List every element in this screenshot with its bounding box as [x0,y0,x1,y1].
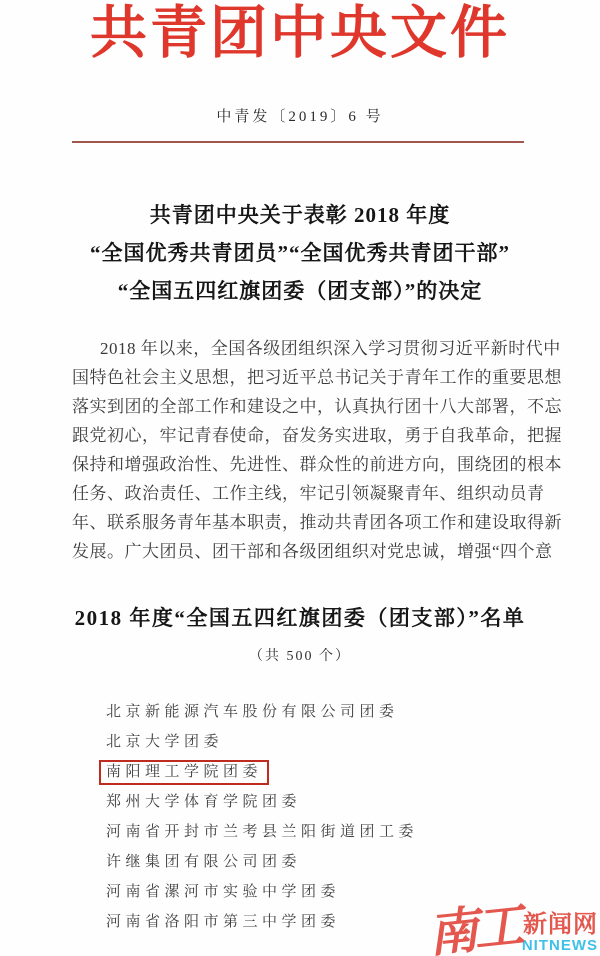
document-masthead-title: 共青团中央文件 [0,0,600,72]
watermark-script-text: 南工 [425,899,522,956]
decision-title-line-1: 共青团中央关于表彰 2018 年度 [30,196,570,234]
decision-title-line-3: “全国五四红旗团委（团支部）”的决定 [30,272,570,310]
roster-title: 2018 年度“全国五四红旗团委（团支部）”名单 [0,602,600,632]
body-line: 发展。广大团员、团干部和各级团组织对党忠诚，增强“四个意 [72,537,528,566]
body-line: 跟党初心，牢记青春使命，奋发务实进取，勇于自我革命，把握 [72,421,528,450]
highlight-box: 南阳理工学院团委 [99,760,269,785]
decision-body-paragraph: 2018 年以来，全国各级团组织深入学习贯彻习近平新时代中 国特色社会主义思想，… [72,334,528,566]
list-item: 北京大学团委 [106,727,546,757]
decision-title-line-2: “全国优秀共青团员”“全国优秀共青团干部” [30,234,570,272]
list-item-highlighted: 南阳理工学院团委 [106,757,546,787]
document-number: 中青发〔2019〕6 号 [0,105,600,126]
body-line: 任务、政治责任、工作主线，牢记引领凝聚青年、组织动员青 [72,479,528,508]
watermark-text-block: 新闻网 NITNEWS [522,912,598,956]
red-divider-line [72,141,524,143]
watermark-logo: 南工 新闻网 NITNEWS [428,904,598,956]
body-line: 年、联系服务青年基本职责，推动共青团各项工作和建设取得新 [72,508,528,537]
watermark-brand-text: 新闻网 [523,912,598,938]
document-page: 共青团中央文件 中青发〔2019〕6 号 共青团中央关于表彰 2018 年度 “… [0,0,600,956]
list-item: 北京新能源汽车股份有限公司团委 [106,697,546,727]
watermark-latin-text: NITNEWS [522,938,598,954]
body-line: 2018 年以来，全国各级团组织深入学习贯彻习近平新时代中 [72,334,528,363]
list-item: 郑州大学体育学院团委 [106,787,546,817]
decision-title: 共青团中央关于表彰 2018 年度 “全国优秀共青团员”“全国优秀共青团干部” … [30,196,570,310]
body-line: 保持和增强政治性、先进性、群众性的前进方向，围绕团的根本 [72,450,528,479]
roster-count: （共 500 个） [0,645,600,665]
list-item: 许继集团有限公司团委 [106,847,546,877]
body-line: 落实到团的全部工作和建设之中，认真执行团十八大部署，不忘 [72,392,528,421]
list-item: 河南省开封市兰考县兰阳街道团工委 [106,817,546,847]
body-line: 国特色社会主义思想，把习近平总书记关于青年工作的重要思想 [72,363,528,392]
